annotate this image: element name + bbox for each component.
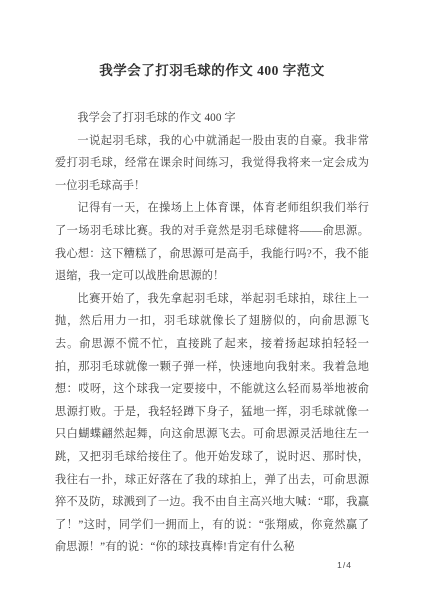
paragraph: 一说起羽毛球，我的心中就涌起一股由衷的自豪。我非常爱打羽毛球，经常在课余时间练习…	[55, 130, 369, 198]
page-number: 1/4	[337, 560, 352, 570]
document-page: 我学会了打羽毛球的作文 400 字范文 我学会了打羽毛球的作文 400 字 一说…	[0, 0, 424, 600]
document-title: 我学会了打羽毛球的作文 400 字范文	[0, 0, 424, 80]
paragraph: 比赛开始了，我先拿起羽毛球，举起羽毛球拍，球往上一抛，然后用力一扣，羽毛球就像长…	[55, 288, 369, 559]
document-body: 我学会了打羽毛球的作文 400 字 一说起羽毛球，我的心中就涌起一股由衷的自豪。…	[0, 107, 424, 559]
paragraph-subtitle: 我学会了打羽毛球的作文 400 字	[55, 107, 369, 130]
paragraph: 记得有一天，在操场上上体育课，体育老师组织我们举行了一场羽毛球比赛。我的对手竟然…	[55, 197, 369, 287]
